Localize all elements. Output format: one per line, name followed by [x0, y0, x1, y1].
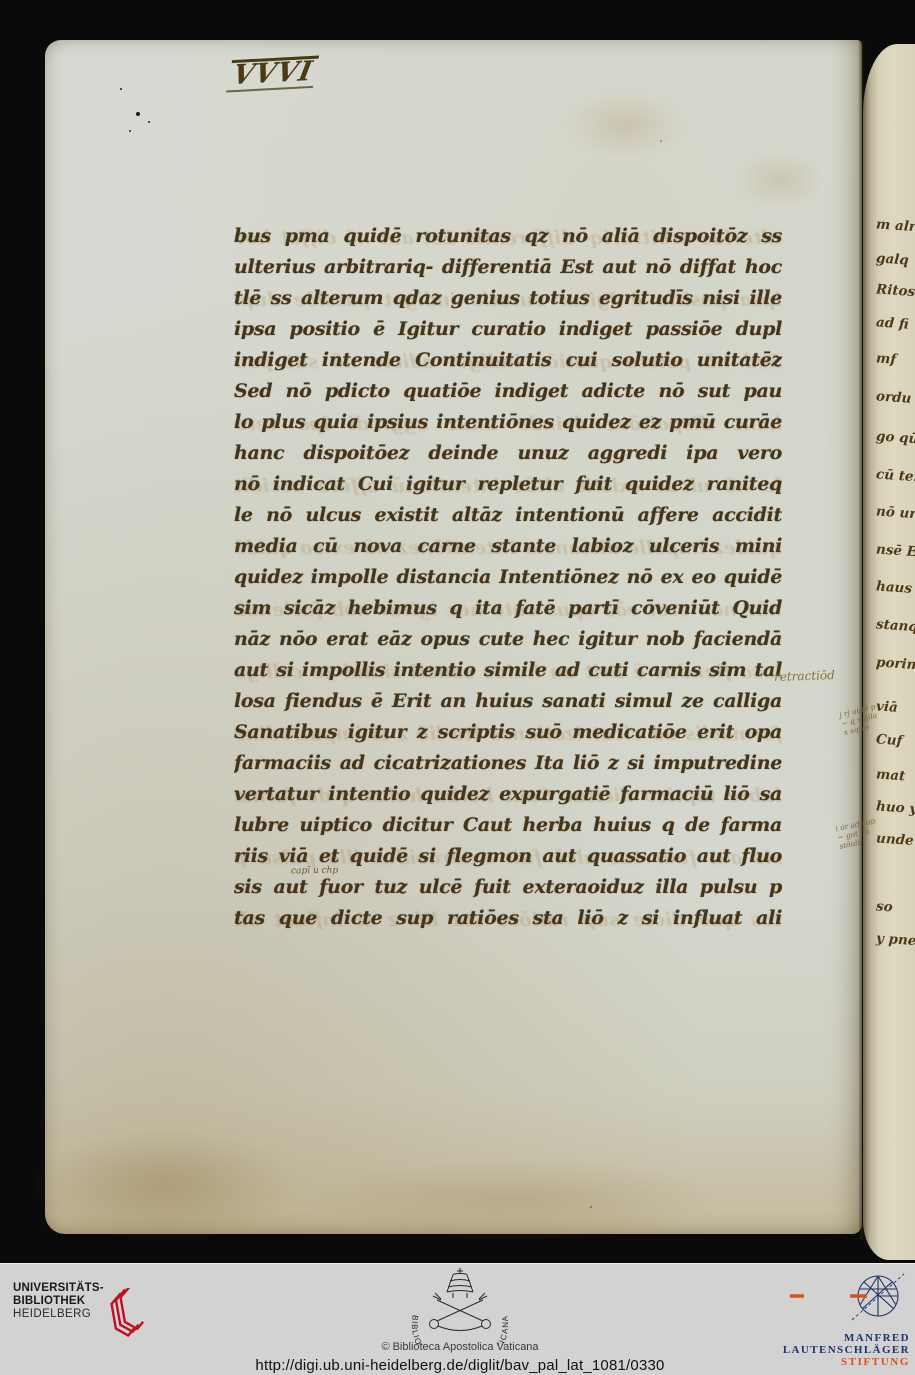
- manuscript-line: ipsa positio ē Igitur curatio indiget pa…: [234, 314, 782, 345]
- facing-text-fragment: Ritos: [875, 281, 915, 300]
- book-icon: [103, 1288, 145, 1346]
- manuscript-page: VVVI ulterius arbitrariq- differentiā Es…: [45, 40, 862, 1234]
- manuscript-line: indiget intende Continuitatis cui soluti…: [234, 345, 782, 376]
- facing-text-fragment: viā: [875, 698, 915, 717]
- facing-text-fragment: galq: [875, 250, 915, 269]
- manuscript-line: le nō ulcus existit altāz intentionū aff…: [234, 500, 782, 531]
- facing-text-fragment: mat: [875, 766, 915, 785]
- manuscript-line: sim sicāz hebimus q ita fatē partī cōven…: [234, 593, 782, 624]
- manuscript-line: Sed nō pdicto quatiōe indiget adicte nō …: [234, 376, 782, 407]
- stain: [735, 150, 825, 210]
- manuscript-line: lo plus quia ipsius intentiōnes quidez e…: [234, 407, 782, 438]
- ml-logo-line1: MANFRED: [640, 1332, 910, 1344]
- manuscript-line: nāz nōo erat eāz opus cute hec igitur no…: [234, 624, 782, 655]
- manuscript-line: media cū nova carne stante labioz ulceri…: [234, 531, 782, 562]
- manuscript-line: aut si impollis intentio simile ad cuti …: [234, 655, 782, 686]
- ml-stiftung-logo: MANFRED LAUTENSCHLÄGER STIFTUNG: [640, 1332, 910, 1368]
- stain: [305, 1160, 725, 1240]
- facing-text-fragment: nō ur: [875, 503, 915, 522]
- ml-logo-line2: LAUTENSCHLÄGER: [640, 1344, 910, 1356]
- facing-text-fragment: haus n: [875, 578, 915, 597]
- facing-text-fragment: y pne: [875, 930, 915, 949]
- ml-globe-icon: [782, 1269, 912, 1325]
- manuscript-line: farmaciis ad cicatrizationes Ita liō z s…: [234, 748, 782, 779]
- manuscript-line: bus pma quidē rotunitas qz nō aliā dispo…: [234, 221, 782, 252]
- manuscript-text-block: bus pma quidē rotunitas qz nō aliā dispo…: [234, 221, 782, 934]
- folio-number-mark: VVVI: [226, 56, 320, 93]
- ub-logo-line1: UNIVERSITÄTS-: [13, 1282, 104, 1295]
- manuscript-line: hanc dispoitōez deinde unuz aggredi ipa …: [234, 438, 782, 469]
- ub-logo-line3: HEIDELBERG: [13, 1308, 104, 1321]
- manuscript-line: tlē ss alterum qdaz genius totius egritu…: [234, 283, 782, 314]
- manuscript-line: nō indicat Cui igitur repletur fuit quid…: [234, 469, 782, 500]
- facing-text-fragment: unde: [875, 830, 915, 849]
- manuscript-line: sis aut fuor tuz ulcē fuit exteraoiduz i…: [234, 872, 782, 903]
- manuscript-line: ulterius arbitrariq- differentiā Est aut…: [234, 252, 782, 283]
- facing-text-fragment: porim: [875, 654, 915, 673]
- facing-text-fragment: mf: [875, 350, 915, 369]
- ub-heidelberg-logo: UNIVERSITÄTS- BIBLIOTHEK HEIDELBERG: [13, 1282, 104, 1321]
- vatican-emblem-icon: BIBLIOTECA APOSTOLICA VATICANA: [405, 1267, 515, 1345]
- ub-logo-line2: BIBLIOTHEK: [13, 1295, 104, 1308]
- facing-text-fragment: ad fi: [875, 314, 915, 333]
- copyright-text: © Biblioteca Apostolica Vaticana: [255, 1341, 665, 1353]
- ink-specks: [120, 88, 122, 90]
- manuscript-line: losa fiendus ē Erit an huius sanati simu…: [234, 686, 782, 717]
- manuscript-line: vertatur intentio quidez expurgatiē farm…: [234, 779, 782, 810]
- facing-text-fragment: nsē E: [875, 541, 915, 560]
- manuscript-line: tas que dicte sup ratiōes sta liō z si i…: [234, 903, 782, 934]
- facing-page-edge: m alr galq Ritos ad fi mf ordu p go qū c…: [863, 44, 915, 1260]
- digitized-manuscript-view: VVVI ulterius arbitrariq- differentiā Es…: [0, 0, 915, 1375]
- facing-text-fragment: so: [875, 898, 915, 917]
- facing-text-fragment: m alr: [875, 216, 915, 235]
- facing-text-fragment: Cuf: [875, 731, 915, 750]
- footer-bar: UNIVERSITÄTS- BIBLIOTHEK HEIDELBERG: [0, 1263, 915, 1375]
- manuscript-line: Sanatibus igitur z scriptis suō medicati…: [234, 717, 782, 748]
- facing-text-fragment: go qū: [875, 428, 915, 447]
- manuscript-line: lubre uiptico dicitur Caut herba huius q…: [234, 810, 782, 841]
- ml-logo-line3: STIFTUNG: [640, 1356, 910, 1368]
- stain: [565, 90, 685, 160]
- facing-text-fragment: cū ter: [875, 466, 915, 485]
- stain: [35, 1130, 295, 1240]
- facing-text-fragment: ordu p: [875, 388, 915, 407]
- facing-text-fragment: huo y: [875, 798, 915, 817]
- facing-text-fragment: stanq: [875, 616, 915, 635]
- margin-annotation: retractiōd: [774, 668, 835, 684]
- manuscript-line: quidez impolle distancia Intentiōnez nō …: [234, 562, 782, 593]
- interlinear-annotation: capī u chp: [291, 866, 338, 877]
